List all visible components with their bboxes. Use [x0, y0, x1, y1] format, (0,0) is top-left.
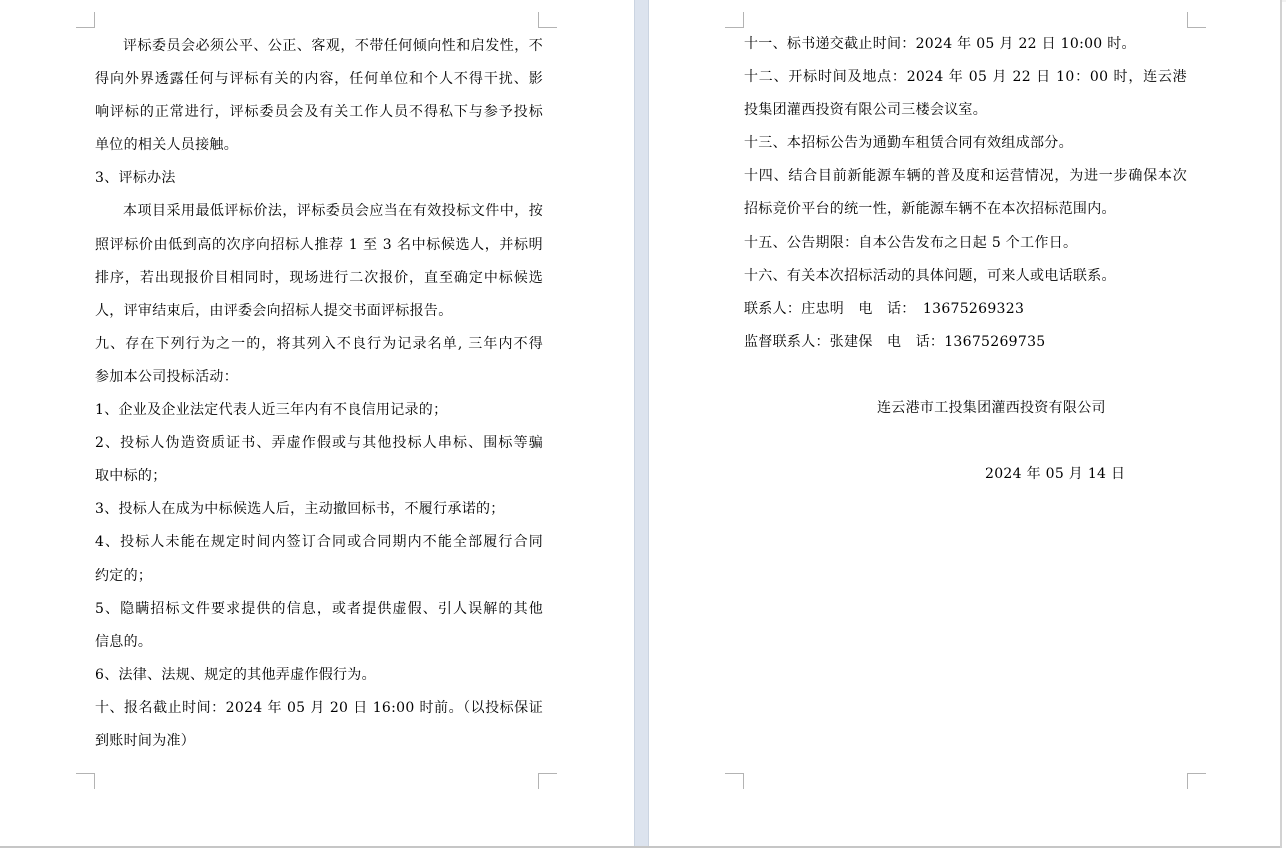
document-canvas: 评标委员会必须公平、公正、客观，不带任何倾向性和启发性，不得向外界透露任何与评标… — [0, 0, 1286, 851]
text-line[interactable]: 十三、本招标公告为通勤车租赁合同有效组成部分。 — [744, 127, 1187, 160]
text-line[interactable]: 十四、结合目前新能源车辆的普及度和运营情况，为进一步确保本次 — [744, 160, 1187, 193]
text-line[interactable]: 6、法律、法规、规定的其他弄虚作假行为。 — [95, 659, 543, 692]
text-line[interactable]: 照评标价由低到高的次序向招标人推荐 1 至 3 名中标候选人，并标明 — [95, 229, 543, 262]
text-line[interactable]: 连云港市工投集团灌西投资有限公司 — [744, 392, 1187, 425]
text-line[interactable]: 排序，若出现报价目相同时，现场进行二次报价，直至确定中标候选 — [95, 262, 543, 295]
text-line[interactable]: 本项目采用最低评标价法，评标委员会应当在有效投标文件中，按 — [95, 195, 543, 228]
text-line[interactable]: 联系人：庄忠明 电 话： 13675269323 — [744, 293, 1187, 326]
text-line[interactable]: 评标委员会必须公平、公正、客观，不带任何倾向性和启发性，不 — [95, 30, 543, 63]
text-line[interactable]: 5、隐瞒招标文件要求提供的信息，或者提供虚假、引人误解的其他 — [95, 593, 543, 626]
text-line[interactable]: 到账时间为准） — [95, 725, 543, 758]
text-line[interactable]: 2、投标人伪造资质证书、弄虚作假或与其他投标人串标、围标等骗 — [95, 427, 543, 460]
text-line[interactable]: 4、投标人未能在规定时间内签订合同或合同期内不能全部履行合同 — [95, 526, 543, 559]
text-line[interactable]: 十二、开标时间及地点：2024 年 05 月 22 日 10：00 时，连云港市… — [744, 61, 1187, 94]
text-line[interactable]: 参加本公司投标活动： — [95, 361, 543, 394]
text-line[interactable]: 3、评标办法 — [95, 162, 543, 195]
canvas-bottom-edge — [0, 846, 1282, 848]
text-line[interactable]: 人，评审结束后，由评委会向招标人提交书面评标报告。 — [95, 295, 543, 328]
text-line[interactable]: 响评标的正常进行，评标委员会及有关工作人员不得私下与参予投标 — [95, 96, 543, 129]
crop-mark-page2-bottom-right — [1187, 773, 1206, 789]
crop-mark-page2-top-right — [1187, 12, 1206, 28]
text-line[interactable]: 监督联系人：张建保 电 话：13675269735 — [744, 326, 1187, 359]
canvas-right-edge — [1280, 0, 1282, 848]
text-line[interactable]: 十五、公告期限：自本公告发布之日起 5 个工作日。 — [744, 227, 1187, 260]
text-line[interactable]: 投集团灌西投资有限公司三楼会议室。 — [744, 94, 1187, 127]
blank-line[interactable] — [744, 359, 1187, 392]
text-line[interactable]: 十六、有关本次招标活动的具体问题，可来人或电话联系。 — [744, 260, 1187, 293]
page-gap — [634, 0, 649, 846]
crop-mark-page1-top-right — [538, 12, 557, 28]
text-line[interactable]: 2024 年 05 月 14 日 — [744, 458, 1187, 491]
text-line[interactable]: 信息的。 — [95, 626, 543, 659]
crop-mark-page2-bottom-left — [725, 773, 744, 789]
text-line[interactable]: 1、企业及企业法定代表人近三年内有不良信用记录的； — [95, 394, 543, 427]
text-line[interactable]: 九、存在下列行为之一的，将其列入不良行为记录名单, 三年内不得 — [95, 328, 543, 361]
text-line[interactable]: 招标竞价平台的统一性，新能源车辆不在本次招标范围内。 — [744, 193, 1187, 226]
text-line[interactable]: 3、投标人在成为中标候选人后，主动撤回标书，不履行承诺的； — [95, 493, 543, 526]
text-line[interactable]: 得向外界透露任何与评标有关的内容，任何单位和个人不得干扰、影 — [95, 63, 543, 96]
blank-line[interactable] — [744, 425, 1187, 458]
text-line[interactable]: 十一、标书递交截止时间：2024 年 05 月 22 日 10:00 时。 — [744, 28, 1187, 61]
page1-text-column[interactable]: 评标委员会必须公平、公正、客观，不带任何倾向性和启发性，不得向外界透露任何与评标… — [95, 30, 543, 758]
crop-mark-page2-top-left — [725, 12, 744, 28]
crop-mark-page1-bottom-left — [76, 773, 95, 789]
text-line[interactable]: 约定的； — [95, 560, 543, 593]
page2-text-column[interactable]: 十一、标书递交截止时间：2024 年 05 月 22 日 10:00 时。十二、… — [744, 28, 1187, 491]
text-line[interactable]: 单位的相关人员接触。 — [95, 129, 543, 162]
text-line[interactable]: 取中标的； — [95, 460, 543, 493]
text-line[interactable]: 十、报名截止时间：2024 年 05 月 20 日 16:00 时前。（以投标保… — [95, 692, 543, 725]
crop-mark-page1-top-left — [76, 12, 95, 28]
crop-mark-page1-bottom-right — [538, 773, 557, 789]
